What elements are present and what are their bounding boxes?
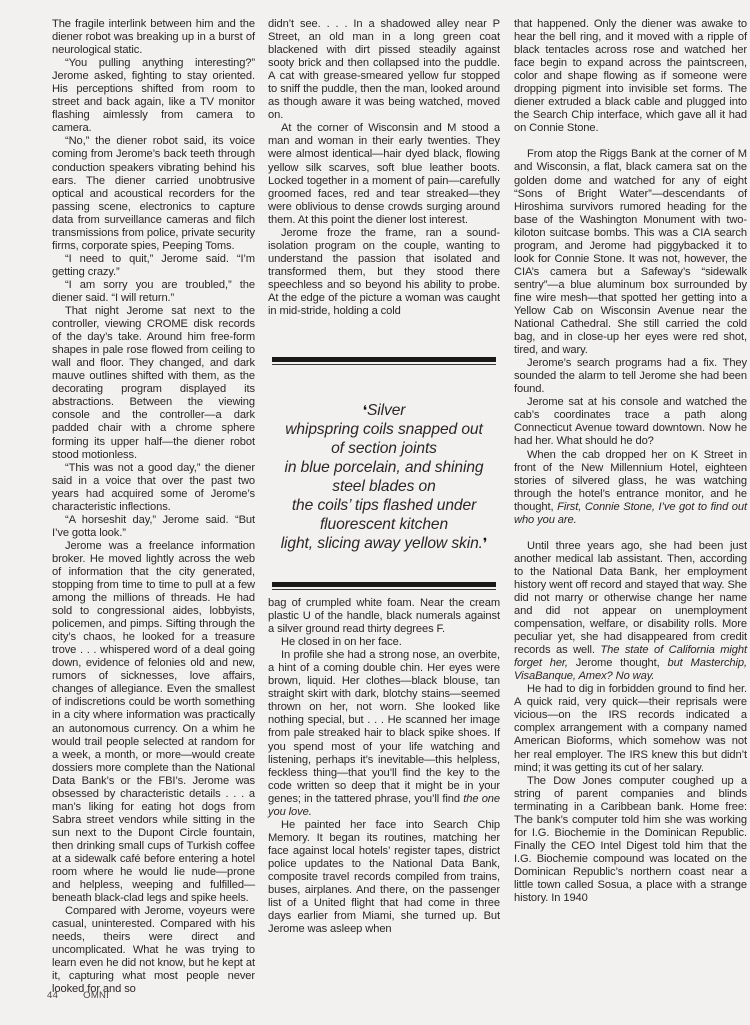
magazine-page: The fragile interlink between him and th… bbox=[0, 0, 750, 1025]
paragraph: That night Jerome sat next to the contro… bbox=[52, 305, 255, 462]
right-column: that happened. Only the diener was awake… bbox=[514, 18, 747, 905]
paragraph: “You pulling anything interesting?” Jero… bbox=[52, 57, 255, 135]
paragraph: In profile she had a strong nose, an ove… bbox=[268, 649, 500, 819]
pull-quote-bottom-thin-rule bbox=[272, 589, 496, 590]
paragraph: didn’t see. . . . In a shadowed alley ne… bbox=[268, 18, 500, 122]
paragraph: The Dow Jones computer coughed up a stri… bbox=[514, 775, 747, 905]
pull-quote-line: whipspring coils snapped out bbox=[268, 420, 500, 439]
middle-column-bottom: bag of crumpled white foam. Near the cre… bbox=[268, 597, 500, 936]
paragraph: Jerome’s search programs had a fix. They… bbox=[514, 357, 747, 396]
close-quote-mark-icon: ❜ bbox=[483, 535, 487, 551]
paragraph: When the cab dropped her on K Street in … bbox=[514, 449, 747, 527]
pull-quote-line: Silver bbox=[367, 402, 405, 419]
pull-quote-line: of section joints bbox=[268, 439, 500, 458]
paragraph-text: Jerome thought, bbox=[568, 657, 668, 669]
paragraph-text: Until three years ago, she had been just… bbox=[514, 540, 747, 656]
paragraph: He painted her face into Search Chip Mem… bbox=[268, 819, 500, 936]
paragraph: bag of crumpled white foam. Near the cre… bbox=[268, 597, 500, 636]
paragraph: From atop the Riggs Bank at the corner o… bbox=[514, 148, 747, 357]
paragraph: At the corner of Wisconsin and M stood a… bbox=[268, 122, 500, 226]
paragraph: Jerome froze the frame, ran a sound-isol… bbox=[268, 227, 500, 318]
paragraph: “No,” the diener robot said, its voice c… bbox=[52, 135, 255, 252]
pull-quote-top-thin-rule bbox=[272, 364, 496, 365]
paragraph: “This was not a good day,” the diener sa… bbox=[52, 462, 255, 514]
paragraph: He closed in on her face. bbox=[268, 636, 500, 649]
paragraph-text: In profile she had a strong nose, an ove… bbox=[268, 649, 500, 805]
paragraph: “I am sorry you are troubled,” the diene… bbox=[52, 279, 255, 305]
pull-quote-bottom-rules bbox=[268, 582, 500, 590]
pull-quote-line: fluorescent kitchen bbox=[268, 515, 500, 534]
left-column: The fragile interlink between him and th… bbox=[52, 18, 255, 997]
paragraph: “A horseshit day,” Jerome said. “But I’v… bbox=[52, 514, 255, 540]
paragraph: Until three years ago, she had been just… bbox=[514, 540, 747, 684]
paragraph: “I need to quit,” Jerome said. “I’m gett… bbox=[52, 253, 255, 279]
pull-quote: ❛Silver whipspring coils snapped out of … bbox=[268, 357, 500, 587]
pull-quote-line: steel blades on bbox=[268, 477, 500, 496]
pull-quote-line: light, slicing away yellow skin. bbox=[281, 535, 483, 552]
paragraph: Compared with Jerome, voyeurs were casua… bbox=[52, 905, 255, 996]
paragraph: The fragile interlink between him and th… bbox=[52, 18, 255, 57]
middle-column-top: didn’t see. . . . In a shadowed alley ne… bbox=[268, 18, 500, 318]
pull-quote-bottom-rule bbox=[272, 582, 496, 587]
paragraph: Jerome was a freelance information broke… bbox=[52, 540, 255, 905]
magazine-name: OMNI bbox=[83, 990, 109, 1001]
paragraph: He had to dig in forbidden ground to fin… bbox=[514, 683, 747, 774]
pull-quote-line: the coils’ tips flashed under bbox=[268, 496, 500, 515]
paragraph: Jerome sat at his console and watched th… bbox=[514, 396, 747, 448]
pull-quote-top-rule bbox=[272, 357, 496, 362]
paragraph: that happened. Only the diener was awake… bbox=[514, 18, 747, 135]
page-footer: 44 OMNI bbox=[47, 990, 131, 1001]
page-number: 44 bbox=[47, 990, 58, 1001]
pull-quote-line: in blue porcelain, and shining bbox=[268, 458, 500, 477]
pull-quote-text: ❛Silver whipspring coils snapped out of … bbox=[268, 401, 500, 553]
